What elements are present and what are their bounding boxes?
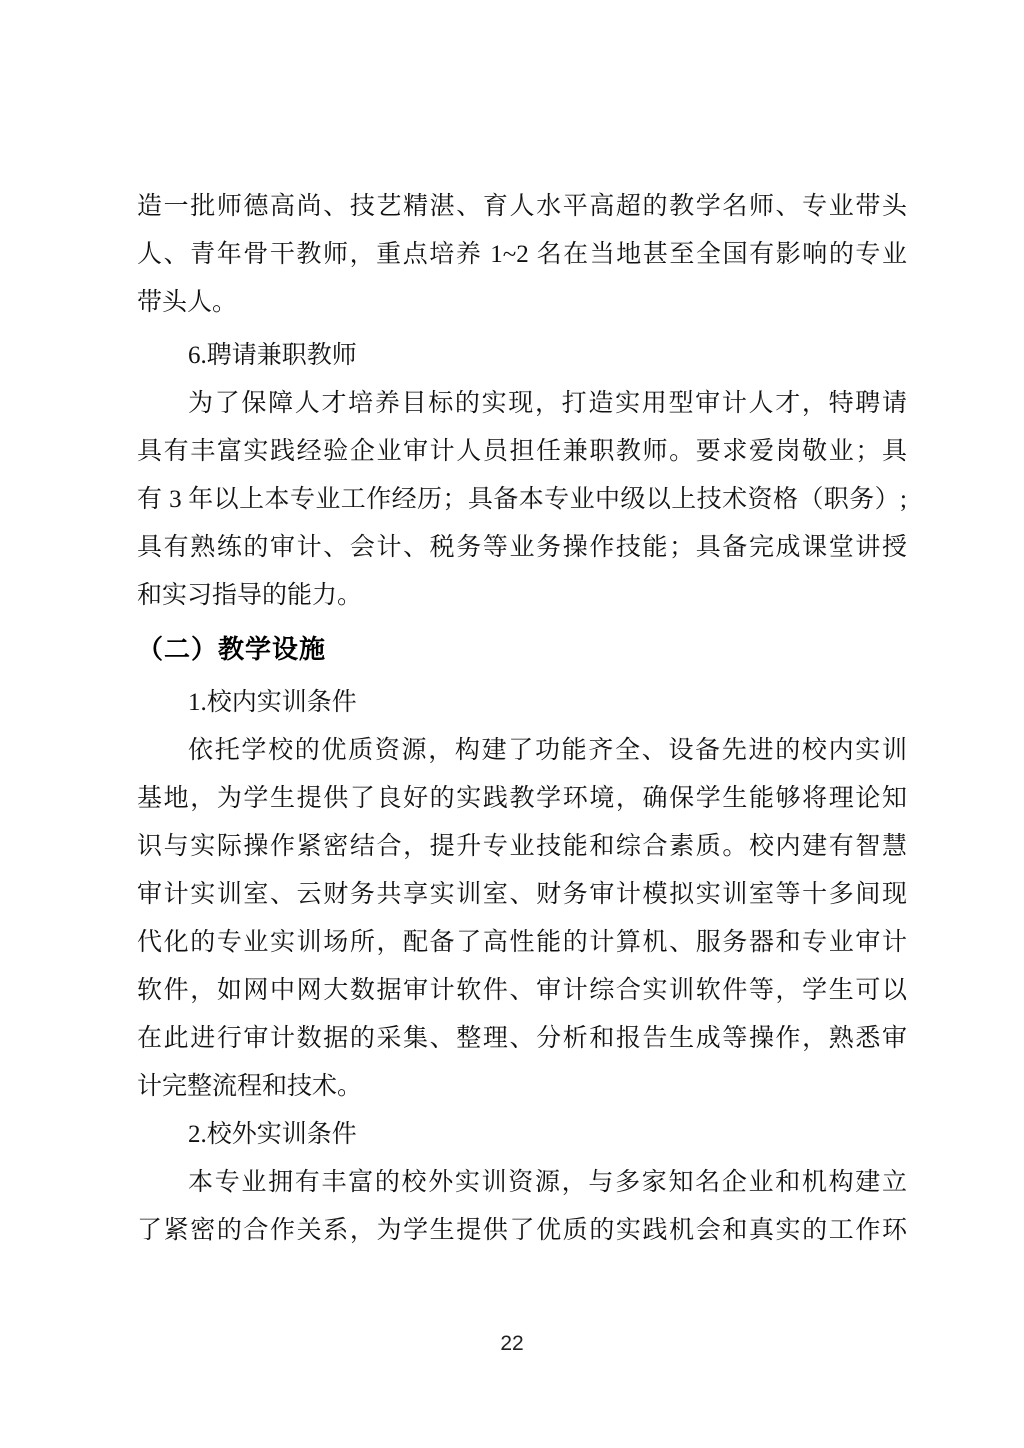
text-line: 审计实训室、云财务共享实训室、财务审计模拟实训室等十多间现 (137, 871, 907, 919)
page-number: 22 (0, 1332, 1024, 1356)
text-line: 和实习指导的能力。 (137, 572, 907, 620)
text-line: 为了保障人才培养目标的实现，打造实用型审计人才，特聘请 (137, 380, 907, 428)
text-line: 具有熟练的审计、会计、税务等业务操作技能；具备完成课堂讲授 (137, 524, 907, 572)
text-line: 识与实际操作紧密结合，提升专业技能和综合素质。校内建有智慧 (137, 823, 907, 871)
text-line: 本专业拥有丰富的校外实训资源，与多家知名企业和机构建立 (137, 1159, 907, 1207)
text-line: 在此进行审计数据的采集、整理、分析和报告生成等操作，熟悉审 (137, 1015, 907, 1063)
subheading-line: 1.校内实训条件 (137, 679, 907, 727)
text-line: 有 3 年以上本专业工作经历；具备本专业中级以上技术资格（职务）; (137, 476, 907, 524)
text-line: 带头人。 (137, 279, 907, 327)
subheading-line: 6.聘请兼职教师 (137, 332, 907, 380)
section-heading: （二）教学设施 (137, 624, 907, 674)
text-line: 基地，为学生提供了良好的实践教学环境，确保学生能够将理论知 (137, 775, 907, 823)
subheading-line: 2.校外实训条件 (137, 1111, 907, 1159)
text-line: 软件，如网中网大数据审计软件、审计综合实训软件等，学生可以 (137, 967, 907, 1015)
text-line: 了紧密的合作关系，为学生提供了优质的实践机会和真实的工作环 (137, 1207, 907, 1255)
text-line: 具有丰富实践经验企业审计人员担任兼职教师。要求爱岗敬业；具 (137, 428, 907, 476)
text-line: 计完整流程和技术。 (137, 1063, 907, 1111)
text-line: 依托学校的优质资源，构建了功能齐全、设备先进的校内实训 (137, 727, 907, 775)
text-line: 代化的专业实训场所，配备了高性能的计算机、服务器和专业审计 (137, 919, 907, 967)
text-line: 人、青年骨干教师，重点培养 1~2 名在当地甚至全国有影响的专业 (137, 231, 907, 279)
document-page: 造一批师德高尚、技艺精湛、育人水平高超的教学名师、专业带头 人、青年骨干教师，重… (0, 0, 1024, 1448)
text-block: 造一批师德高尚、技艺精湛、育人水平高超的教学名师、专业带头 人、青年骨干教师，重… (137, 183, 907, 1255)
text-line: 造一批师德高尚、技艺精湛、育人水平高超的教学名师、专业带头 (137, 183, 907, 231)
